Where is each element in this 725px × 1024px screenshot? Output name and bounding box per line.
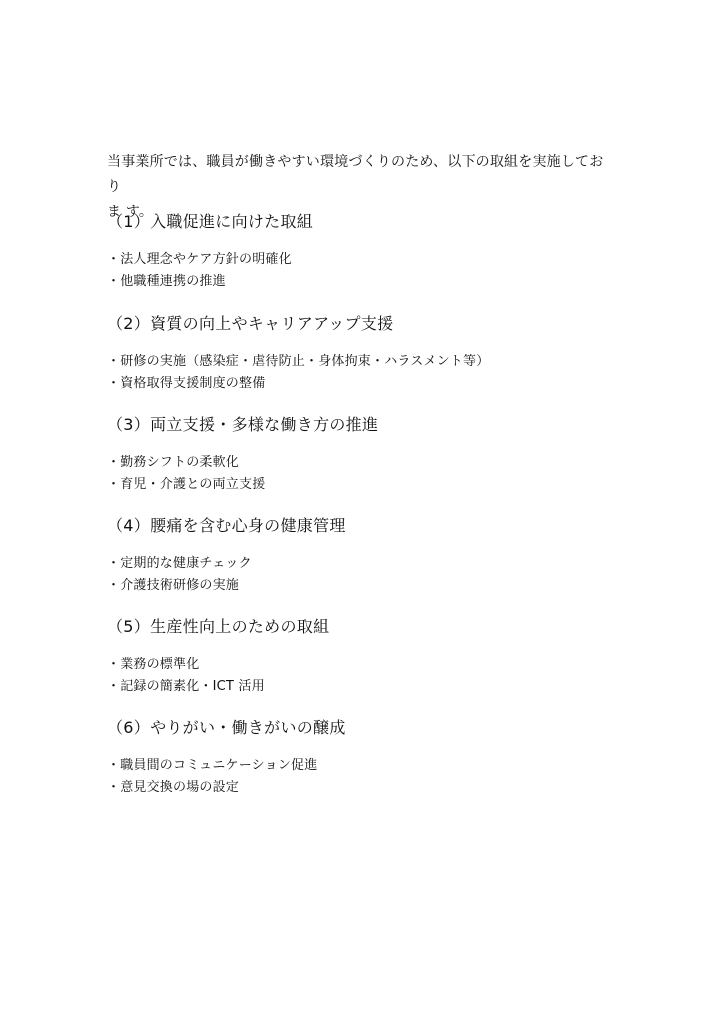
list-item: ・介護技術研修の実施 [107, 575, 346, 597]
section-heading: （4）腰痛を含む心身の健康管理 [107, 515, 346, 537]
list-item: ・業務の標準化 [107, 654, 329, 676]
list-item: ・定期的な健康チェック [107, 553, 346, 575]
section-5: （5）生産性向上のための取組 ・業務の標準化 ・記録の簡素化・ICT 活用 [107, 616, 329, 698]
list-item: ・育児・介護との両立支援 [107, 474, 378, 496]
list-item: ・意見交換の場の設定 [107, 777, 346, 799]
section-1: （1）入職促進に向けた取組 ・法人理念やケア方針の明確化 ・他職種連携の推進 [107, 211, 313, 293]
section-3: （3）両立支援・多様な働き方の推進 ・勤務シフトの柔軟化 ・育児・介護との両立支… [107, 414, 378, 496]
section-heading: （1）入職促進に向けた取組 [107, 211, 313, 233]
list-item: ・勤務シフトの柔軟化 [107, 452, 378, 474]
list-item: ・研修の実施（感染症・虐待防止・身体拘束・ハラスメント等） [107, 351, 489, 373]
section-2: （2）資質の向上やキャリアアップ支援 ・研修の実施（感染症・虐待防止・身体拘束・… [107, 313, 489, 395]
section-heading: （6）やりがい・働きがいの醸成 [107, 717, 346, 739]
list-item: ・法人理念やケア方針の明確化 [107, 249, 313, 271]
document-page: 当事業所では、職員が働きやすい環境づくりのため、以下の取組を実施しており ま す… [0, 0, 725, 1024]
section-heading: （5）生産性向上のための取組 [107, 616, 329, 638]
list-item: ・他職種連携の推進 [107, 271, 313, 293]
section-heading: （3）両立支援・多様な働き方の推進 [107, 414, 378, 436]
section-6: （6）やりがい・働きがいの醸成 ・職員間のコミュニケーション促進 ・意見交換の場… [107, 717, 346, 799]
section-4: （4）腰痛を含む心身の健康管理 ・定期的な健康チェック ・介護技術研修の実施 [107, 515, 346, 597]
list-item: ・職員間のコミュニケーション促進 [107, 755, 346, 777]
intro-line-1: 当事業所では、職員が働きやすい環境づくりのため、以下の取組を実施しており [107, 150, 607, 200]
list-item: ・記録の簡素化・ICT 活用 [107, 676, 329, 698]
list-item: ・資格取得支援制度の整備 [107, 373, 489, 395]
section-heading: （2）資質の向上やキャリアアップ支援 [107, 313, 489, 335]
